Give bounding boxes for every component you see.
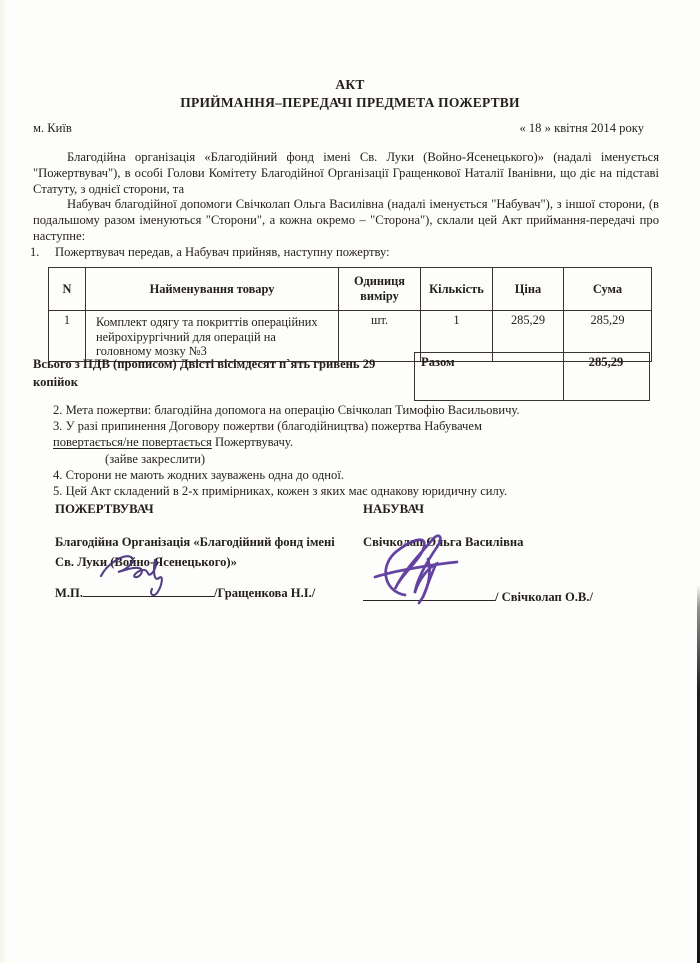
preamble-paragraph-recipient: Набувач благодійної допомоги Свічколап О…	[33, 197, 659, 244]
col-header-price: Ціна	[493, 268, 564, 311]
clause-1-number: 1.	[30, 245, 55, 260]
donor-org-line1: Благодійна Організація «Благодійний фонд…	[55, 532, 363, 552]
recipient-name: Свічколап Ольга Василівна	[363, 532, 663, 552]
clause-3-note: (зайве закреслити)	[53, 451, 663, 467]
clause-1-text: Пожертвувач передав, а Набувач прийняв, …	[55, 245, 390, 260]
clause-4: 4. Сторони не мають жодних зауважень одн…	[53, 467, 663, 483]
clause-3-line1: 3. У разі припинення Договору пожертви (…	[53, 418, 663, 434]
total-box: Разом 285,29	[414, 352, 650, 401]
col-header-n: N	[49, 268, 86, 311]
col-header-quantity: Кількість	[421, 268, 493, 311]
recipient-signature-line: / Свічколап О.В./	[363, 587, 663, 605]
doc-title-line2: ПРИЙМАННЯ–ПЕРЕДАЧІ ПРЕДМЕТА ПОЖЕРТВИ	[0, 94, 700, 112]
clause-1: 1. Пожертвувач передав, а Набувач прийня…	[30, 245, 670, 260]
clauses-list: 2. Мета пожертви: благодійна допомога на…	[53, 402, 663, 499]
col-header-item-name: Найменування товару	[86, 268, 339, 311]
donor-org-line2: Св. Луки (Войно-Ясенецького)»	[55, 552, 363, 572]
document-title: АКТ ПРИЙМАННЯ–ПЕРЕДАЧІ ПРЕДМЕТА ПОЖЕРТВИ	[0, 76, 700, 112]
clause-3-line2: повертається/не повертається Пожертвувач…	[53, 434, 663, 450]
goods-table-header-row: N Найменування товару Одиниця виміру Кіл…	[49, 268, 652, 311]
donor-signature-caption: /Гращенкова Н.І./	[214, 586, 315, 600]
doc-title-line1: АКТ	[0, 76, 700, 94]
total-value: 285,29	[563, 355, 649, 370]
donor-signature-rule	[83, 583, 214, 597]
preamble: Благодійна організація «Благодійний фонд…	[33, 150, 659, 245]
city-date-row: м. Київ « 18 » квітня 2014 року	[33, 121, 660, 136]
total-label: Разом	[421, 355, 455, 370]
doc-date: « 18 » квітня 2014 року	[519, 121, 660, 136]
document-page: АКТ ПРИЙМАННЯ–ПЕРЕДАЧІ ПРЕДМЕТА ПОЖЕРТВИ…	[0, 0, 700, 963]
clause-3-underlined-choice: повертається/не повертається	[53, 435, 212, 449]
donor-signature-line: М.П./Гращенкова Н.І./	[55, 583, 363, 601]
preamble-paragraph-donor: Благодійна організація «Благодійний фонд…	[33, 150, 659, 197]
stamp-place-label: М.П.	[55, 586, 83, 600]
goods-table: N Найменування товару Одиниця виміру Кіл…	[48, 267, 652, 362]
signature-block-recipient: НАБУВАЧ Свічколап Ольга Василівна / Свіч…	[363, 502, 663, 605]
recipient-role-heading: НАБУВАЧ	[363, 502, 663, 517]
doc-city: м. Київ	[33, 121, 72, 136]
clause-2: 2. Мета пожертви: благодійна допомога на…	[53, 402, 663, 418]
total-amount-in-words: Всього з ПДВ (прописом) Двісті вісімдеся…	[33, 355, 409, 391]
donor-role-heading: ПОЖЕРТВУВАЧ	[55, 502, 363, 517]
clause-3-after: Пожертвувачу.	[212, 435, 293, 449]
totals-row: Всього з ПДВ (прописом) Двісті вісімдеся…	[0, 352, 700, 402]
scan-left-edge-artifact	[0, 0, 6, 963]
col-header-unit: Одиниця виміру	[339, 268, 421, 311]
donor-organization-name: Благодійна Організація «Благодійний фонд…	[55, 532, 363, 572]
signature-block-donor: ПОЖЕРТВУВАЧ Благодійна Організація «Благ…	[55, 502, 363, 601]
recipient-signature-caption: / Свічколап О.В./	[495, 590, 593, 604]
col-header-sum: Сума	[564, 268, 652, 311]
recipient-signature-rule	[363, 587, 495, 601]
clause-5: 5. Цей Акт складений в 2-х примірниках, …	[53, 483, 663, 499]
